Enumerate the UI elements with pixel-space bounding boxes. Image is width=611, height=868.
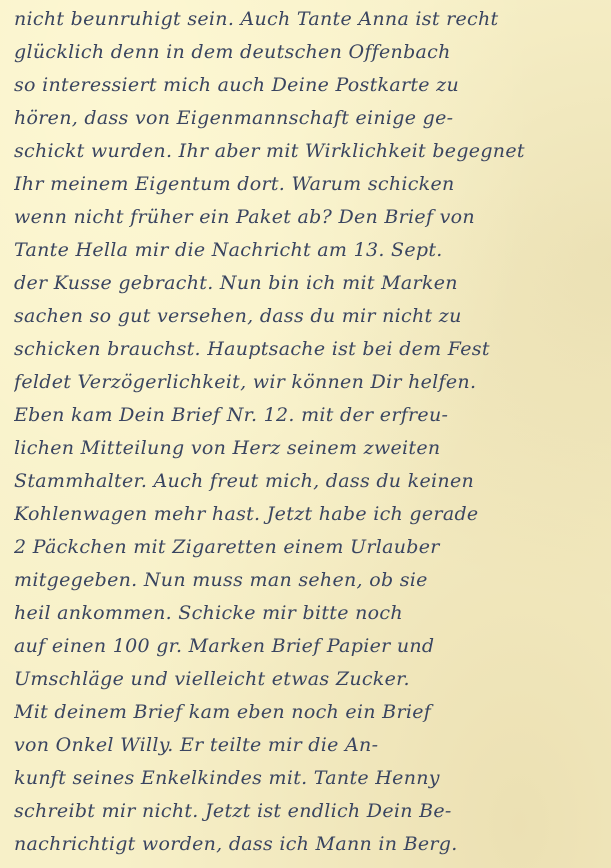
letter-line: Mit deinem Brief kam eben noch ein Brief — [14, 701, 604, 723]
letter-line: schicken brauchst. Hauptsache ist bei de… — [14, 338, 604, 360]
letter-line: lichen Mitteilung von Herz seinem zweite… — [14, 437, 604, 459]
letter-line: Ihr meinem Eigentum dort. Warum schicken — [14, 173, 604, 195]
letter-line: auf einen 100 gr. Marken Brief Papier un… — [14, 635, 604, 657]
letter-line: Umschläge und vielleicht etwas Zucker. — [14, 668, 604, 690]
letter-line: feldet Verzögerlichkeit, wir können Dir … — [14, 371, 604, 393]
letter-line: heil ankommen. Schicke mir bitte noch — [14, 602, 604, 624]
letter-line: wenn nicht früher ein Paket ab? Den Brie… — [14, 206, 604, 228]
letter-line: hören, dass von Eigenmannschaft einige g… — [14, 107, 604, 129]
letter-line: sachen so gut versehen, dass du mir nich… — [14, 305, 604, 327]
letter-line: schickt wurden. Ihr aber mit Wirklichkei… — [14, 140, 604, 162]
letter-line: schreibt mir nicht. Jetzt ist endlich De… — [14, 800, 604, 822]
letter-line: nachrichtigt worden, dass ich Mann in Be… — [14, 833, 604, 855]
letter-page: nicht beunruhigt sein. Auch Tante Anna i… — [0, 0, 611, 868]
letter-line: Tante Hella mir die Nachricht am 13. Sep… — [14, 239, 604, 261]
letter-line: Stammhalter. Auch freut mich, dass du ke… — [14, 470, 604, 492]
letter-line: nicht beunruhigt sein. Auch Tante Anna i… — [14, 8, 604, 30]
letter-line: der Kusse gebracht. Nun bin ich mit Mark… — [14, 272, 604, 294]
letter-line: kunft seines Enkelkindes mit. Tante Henn… — [14, 767, 604, 789]
letter-line: Kohlenwagen mehr hast. Jetzt habe ich ge… — [14, 503, 604, 525]
letter-line: von Onkel Willy. Er teilte mir die An- — [14, 734, 604, 756]
letter-line: Eben kam Dein Brief Nr. 12. mit der erfr… — [14, 404, 604, 426]
letter-line: mitgegeben. Nun muss man sehen, ob sie — [14, 569, 604, 591]
letter-line: glücklich denn in dem deutschen Offenbac… — [14, 41, 604, 63]
letter-line: 2 Päckchen mit Zigaretten einem Urlauber — [14, 536, 604, 558]
letter-line: so interessiert mich auch Deine Postkart… — [14, 74, 604, 96]
